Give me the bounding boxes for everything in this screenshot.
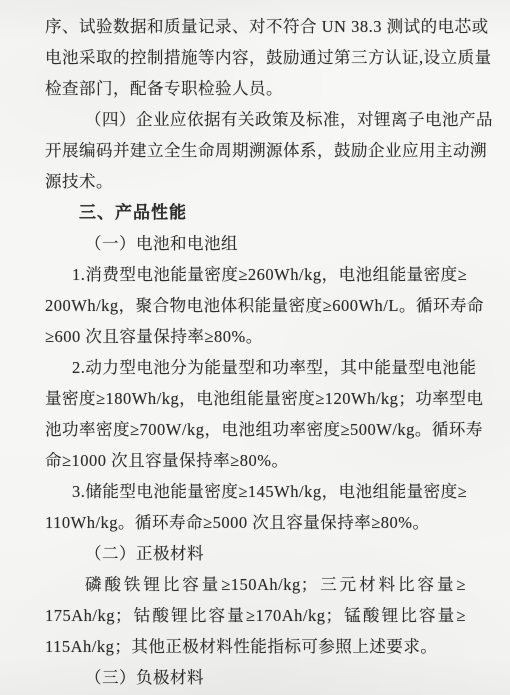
section-heading: 三、产品性能 <box>45 197 466 228</box>
text-line: 磷酸铁锂比容量≥150Ah/kg；三元材料比容量≥ <box>45 569 466 600</box>
text-line: 命≥1000 次且容量保持率≥80%。 <box>45 445 466 476</box>
text-line: 200Wh/kg，聚合物电池体积能量密度≥600Wh/L。循环寿命 <box>45 290 466 321</box>
subsection-title: （三）负极材料 <box>45 662 466 693</box>
text-line: 3.储能型电池能量密度≥145Wh/kg，电池组能量密度≥ <box>45 476 466 507</box>
text-line: 115Ah/kg；其他正极材料性能指标可参照上述要求。 <box>45 631 466 662</box>
text-line: 源技术。 <box>45 166 466 197</box>
subsection-title: （二）正极材料 <box>45 538 466 569</box>
text-line: 检查部门，配备专职检验人员。 <box>45 73 466 104</box>
text-line: 110Wh/kg。循环寿命≥5000 次且容量保持率≥80%。 <box>45 507 466 538</box>
text-line: 175Ah/kg；钴酸锂比容量≥170Ah/kg；锰酸锂比容量≥ <box>45 600 466 631</box>
text-line: 1.消费型电池能量密度≥260Wh/kg，电池组能量密度≥ <box>45 259 466 290</box>
scanned-document-page: 序、试验数据和质量记录、对不符合 UN 38.3 测试的电芯或 电池采取的控制措… <box>0 0 510 695</box>
text-line: 2.动力型电池分为能量型和功率型，其中能量型电池能 <box>45 352 466 383</box>
text-line: 电池采取的控制措施等内容，鼓励通过第三方认证,设立质量 <box>45 42 466 73</box>
text-line: （四）企业应依据有关政策及标准，对锂离子电池产品 <box>45 104 466 135</box>
text-line: 序、试验数据和质量记录、对不符合 UN 38.3 测试的电芯或 <box>45 11 466 42</box>
text-line: 池功率密度≥700W/kg，电池组功率密度≥500W/kg。循环寿 <box>45 414 466 445</box>
text-line: ≥600 次且容量保持率≥80%。 <box>45 321 466 352</box>
subsection-title: （一）电池和电池组 <box>45 228 466 259</box>
text-line: 量密度≥180Wh/kg，电池组能量密度≥120Wh/kg；功率型电 <box>45 383 466 414</box>
text-line: 开展编码并建立全生命周期溯源体系，鼓励企业应用主动溯 <box>45 135 466 166</box>
